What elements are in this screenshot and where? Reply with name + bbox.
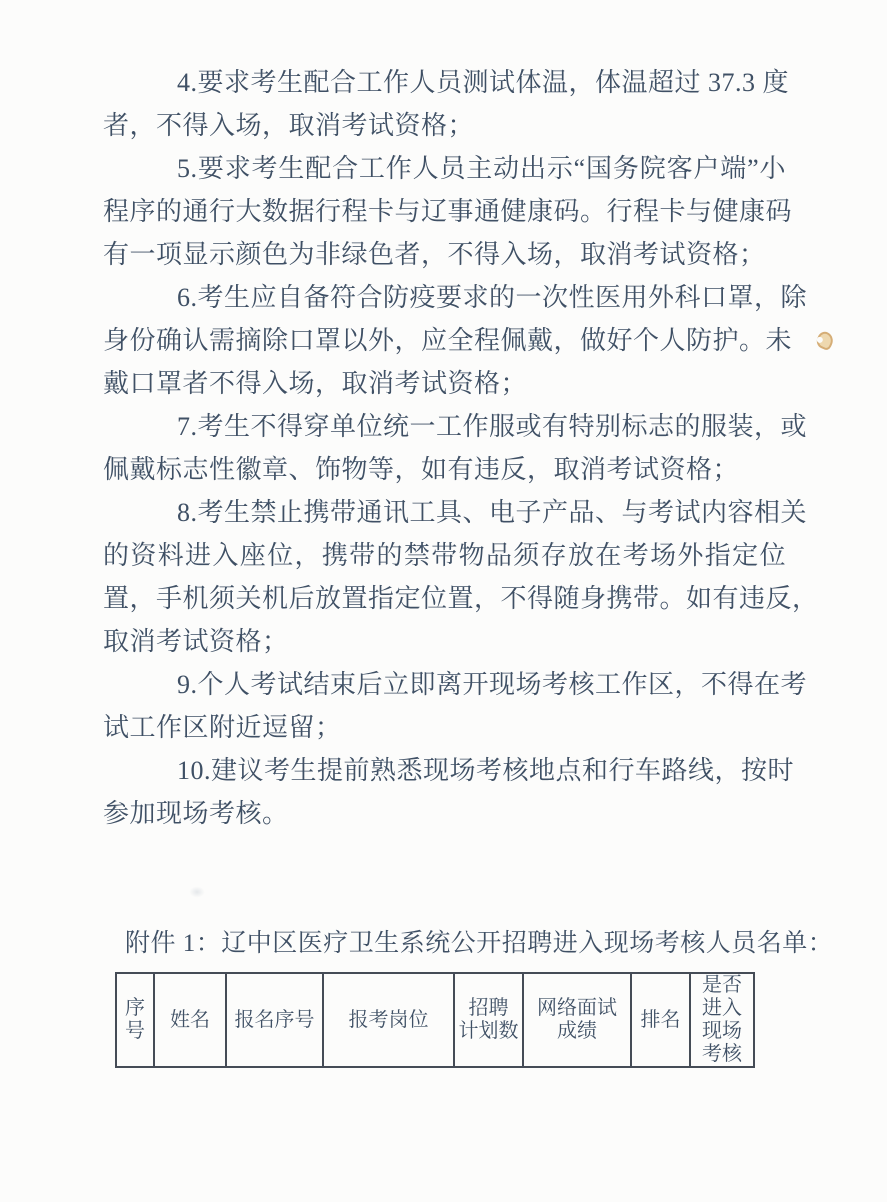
notice-line: 的资料进入座位，携带的禁带物品须存放在考场外指定位 [103,534,786,577]
notice-line: 身份确认需摘除口罩以外，应全程佩戴，做好个人防护。未 [103,319,786,362]
notice-line: 戴口罩者不得入场，取消考试资格； [103,362,786,405]
table-header-cell: 报名序号 [226,973,323,1067]
notice-line: 10.建议考生提前熟悉现场考核地点和行车路线，按时 [103,749,786,792]
roster-table: 序 号姓名报名序号报考岗位招聘 计划数网络面试 成绩排名是否 进入 现场 考核 [115,972,755,1068]
table-header-cell: 网络面试 成绩 [523,973,631,1067]
notice-line: 佩戴标志性徽章、饰物等，如有违反，取消考试资格； [103,448,786,491]
table-header-cell: 排名 [631,973,690,1067]
notice-line: 试工作区附近逗留； [103,706,786,749]
table-header-cell: 报考岗位 [323,973,454,1067]
notice-line: 者，不得入场，取消考试资格； [103,104,786,147]
notice-line: 7.考生不得穿单位统一工作服或有特别标志的服装，或 [103,405,786,448]
notice-line: 6.考生应自备符合防疫要求的一次性医用外科口罩，除 [103,276,786,319]
notice-line: 有一项显示颜色为非绿色者，不得入场，取消考试资格； [103,233,786,276]
notice-line: 参加现场考核。 [103,792,786,835]
notice-line: 9.个人考试结束后立即离开现场考核工作区，不得在考 [103,663,786,706]
notice-body: 4.要求考生配合工作人员测试体温，体温超过 37.3 度者，不得入场，取消考试资… [103,61,786,835]
attachment-caption: 附件 1：辽中区医疗卫生系统公开招聘进入现场考核人员名单： [125,927,833,961]
scan-artifact-smudge [186,884,208,900]
scan-artifact-speck [814,329,836,351]
document-page: 4.要求考生配合工作人员测试体温，体温超过 37.3 度者，不得入场，取消考试资… [0,0,887,1202]
table-header-cell: 序 号 [116,973,154,1067]
notice-line: 取消考试资格； [103,620,786,663]
table-header-cell: 姓名 [154,973,226,1067]
notice-line: 8.考生禁止携带通讯工具、电子产品、与考试内容相关 [103,491,786,534]
notice-line: 程序的通行大数据行程卡与辽事通健康码。行程卡与健康码 [103,190,786,233]
table-header-cell: 是否 进入 现场 考核 [690,973,754,1067]
notice-line: 5.要求考生配合工作人员主动出示“国务院客户端”小 [103,147,786,190]
notice-line: 4.要求考生配合工作人员测试体温，体温超过 37.3 度 [103,61,786,104]
notice-line: 置，手机须关机后放置指定位置，不得随身携带。如有违反， [103,577,786,620]
roster-table-header-row: 序 号姓名报名序号报考岗位招聘 计划数网络面试 成绩排名是否 进入 现场 考核 [116,973,754,1067]
table-header-cell: 招聘 计划数 [454,973,523,1067]
